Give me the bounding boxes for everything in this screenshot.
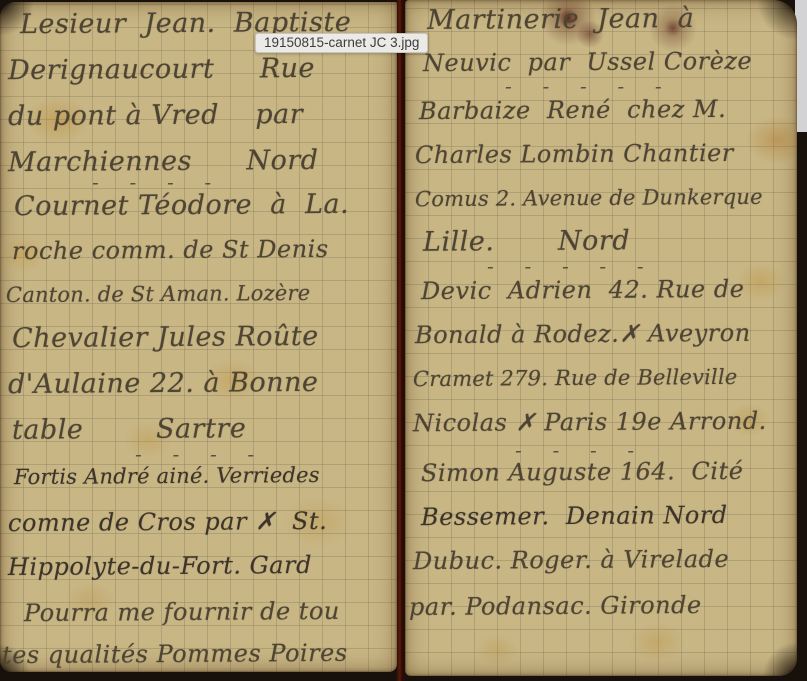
handwritten-line: Cournet Téodore à La.: [14, 189, 349, 222]
handwritten-line: tes qualités Pommes Poires: [2, 639, 348, 669]
handwritten-line: Canton. de St Aman. Lozère: [6, 281, 311, 307]
handwritten-line: Cramet 279. Rue de Belleville: [413, 365, 738, 391]
handwritten-line: Bessemer. Denain Nord: [421, 501, 728, 531]
handwritten-line: Nicolas ✗ Paris 19e Arrond.: [413, 407, 767, 437]
dash-separator: - - - - -: [487, 254, 650, 278]
dash-separator: - - - - -: [505, 74, 668, 98]
handwritten-line: Devic Adrien 42. Rue de: [421, 275, 745, 305]
filename-tooltip: 19150815-carnet JC 3.jpg: [255, 33, 428, 53]
handwritten-line: Bonald à Rodez.✗ Aveyron: [415, 319, 751, 349]
handwritten-line: Simon Auguste 164. Cité: [421, 457, 744, 487]
handwritten-line: d'Aulaine 22. à Bonne: [8, 367, 319, 400]
dash-separator: - - - -: [135, 442, 260, 466]
handwritten-line: Barbaize René chez M.: [419, 95, 726, 125]
handwritten-line: Chevalier Jules Roûte: [12, 321, 319, 354]
notebook-right-page: Martinerie Jean à Neuvic par Ussel Corèz…: [405, 0, 797, 676]
binding-gutter: [396, 0, 406, 681]
handwritten-line: Hippolyte-du-Fort. Gard: [8, 551, 312, 581]
handwritten-line: par. Podansac. Gironde: [409, 591, 702, 621]
handwritten-line: roche comm. de St Denis: [12, 235, 329, 265]
handwritten-line: Lille. Nord: [423, 225, 630, 257]
scanned-notebook-image: Lesieur Jean. Baptiste Derignaucourt Rue…: [0, 0, 807, 681]
handwritten-line: table Sartre: [12, 413, 246, 446]
notebook-left-page: Lesieur Jean. Baptiste Derignaucourt Rue…: [0, 2, 397, 672]
handwritten-line: Fortis André ainé. Verriedes: [14, 463, 320, 489]
handwritten-line: Charles Lombin Chantier: [415, 139, 734, 169]
handwritten-line: du pont à Vred par: [8, 99, 303, 132]
handwritten-line: Martinerie Jean à: [427, 3, 694, 36]
handwritten-line: Comus 2. Avenue de Dunkerque: [415, 185, 763, 211]
handwritten-line: Pourra me fournir de tou: [24, 597, 340, 627]
handwritten-line: comne de Cros par ✗ St.: [8, 507, 327, 537]
handwritten-line: Neuvic par Ussel Corèze: [423, 47, 752, 77]
handwritten-line: Dubuc. Roger. à Virelade: [413, 545, 729, 575]
handwritten-line: Derignaucourt Rue: [8, 53, 315, 86]
